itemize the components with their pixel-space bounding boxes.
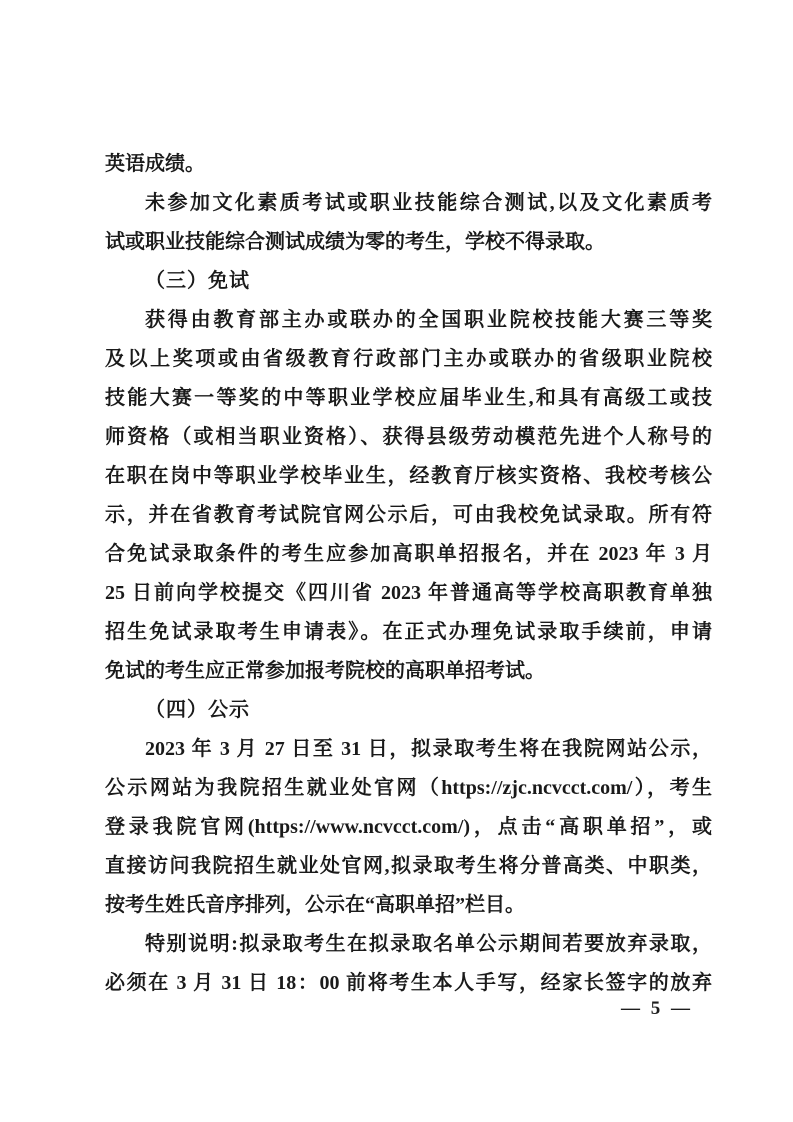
text-line: 25 日前向学校提交《四川省 2023 年普通高等学校高职教育单独	[105, 574, 712, 613]
text-line: 获得由教育部主办或联办的全国职业院校技能大赛三等奖	[105, 301, 712, 340]
text-line: 及以上奖项或由省级教育行政部门主办或联办的省级职业院校	[105, 340, 712, 379]
text-line: 师资格（或相当职业资格）、获得县级劳动模范先进个人称号的	[105, 418, 712, 457]
text-line: 免试的考生应正常参加报考院校的高职单招考试。	[105, 652, 712, 691]
section-heading: （四）公示	[105, 691, 712, 730]
text-line: 示，并在省教育考试院官网公示后，可由我校免试录取。所有符	[105, 496, 712, 535]
text-line: 公示网站为我院招生就业处官网（https://zjc.ncvcct.com/），…	[105, 769, 712, 808]
text-line: 未参加文化素质考试或职业技能综合测试,以及文化素质考	[105, 184, 712, 223]
text-line: 按考生姓氏音序排列，公示在“高职单招”栏目。	[105, 886, 712, 925]
text-line: 英语成绩。	[105, 145, 712, 184]
text-line: 试或职业技能综合测试成绩为零的考生，学校不得录取。	[105, 223, 712, 262]
text-line: 招生免试录取考生申请表》。在正式办理免试录取手续前，申请	[105, 613, 712, 652]
text-line: 2023 年 3 月 27 日至 31 日，拟录取考生将在我院网站公示，	[105, 730, 712, 769]
section-heading: （三）免试	[105, 262, 712, 301]
page-number: — 5 —	[621, 998, 693, 1020]
text-line: 特别说明:拟录取考生在拟录取名单公示期间若要放弃录取，	[105, 925, 712, 964]
text-line: 在职在岗中等职业学校毕业生，经教育厅核实资格、我校考核公	[105, 457, 712, 496]
text-line: 技能大赛一等奖的中等职业学校应届毕业生,和具有高级工或技	[105, 379, 712, 418]
text-line: 直接访问我院招生就业处官网,拟录取考生将分普高类、中职类，	[105, 847, 712, 886]
text-block: 英语成绩。未参加文化素质考试或职业技能综合测试,以及文化素质考试或职业技能综合测…	[105, 145, 712, 1003]
text-line: 合免试录取条件的考生应参加高职单招报名，并在 2023 年 3 月	[105, 535, 712, 574]
text-line: 登录我院官网(https://www.ncvcct.com/)，点击“高职单招”…	[105, 808, 712, 847]
document-page: 英语成绩。未参加文化素质考试或职业技能综合测试,以及文化素质考试或职业技能综合测…	[0, 0, 793, 1122]
